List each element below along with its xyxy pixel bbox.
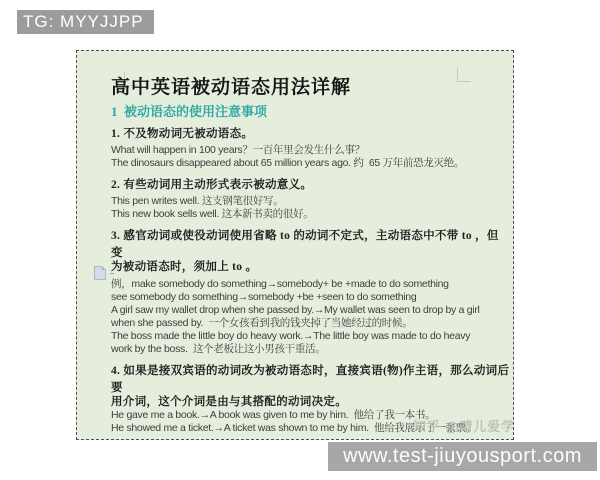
doc-line: 4. 如果是接双宾语的动词改为被动语态时，直接宾语(物)作主语，那么动词后 (111, 364, 513, 378)
doc-line: 1. 不及物动词无被动语态。 (111, 127, 513, 141)
doc-line: He showed me a ticket.→A ticket was show… (111, 422, 513, 435)
doc-line: work by the boss. 这个老板让这小男孩干重活。 (111, 343, 513, 356)
doc-line: The dinosaurs disappeared about 65 milli… (111, 157, 513, 170)
doc-line: 用介词，这个介词是由与其搭配的动词决定。 (111, 395, 513, 409)
url-watermark-bar: www.test-jiuyousport.com (328, 442, 597, 471)
document-page: 高中英语被动语态用法详解 1 被动语态的使用注意事项 1. 不及物动词无被动语态… (76, 50, 514, 440)
doc-line: The boss made the little boy do heavy wo… (111, 330, 513, 343)
doc-line: This new book sells well. 这本新书卖的很好。 (111, 208, 513, 221)
doc-line: What will happen in 100 years？一百年里会发生什么事… (111, 144, 513, 157)
document-title: 高中英语被动语态用法详解 (111, 77, 513, 98)
doc-line: 2. 有些动词用主动形式表示被动意义。 (111, 178, 513, 192)
doc-line: when she passed by. 一个女孩看到我的钱夹掉了当她经过的时候。 (111, 317, 513, 330)
attachment-anchor-icon (94, 266, 106, 280)
doc-line: He gave me a book.→A book was given to m… (111, 409, 513, 422)
doc-line: 要 (111, 381, 513, 395)
doc-line: This pen writes well. 这支钢笔很好写。 (111, 195, 513, 208)
screenshot-root: { "banner": { "text": "TG: MYYJJPP" }, "… (0, 0, 600, 480)
doc-line: A girl saw my wallet drop when she passe… (111, 304, 513, 317)
doc-line: 3. 感官动词或使役动词使用省略 to 的动词不定式，主动语态中不带 to ，但 (111, 229, 513, 243)
section-heading: 1 被动语态的使用注意事项 (111, 104, 513, 119)
tg-channel-banner: TG: MYYJJPP (17, 10, 154, 34)
document-content: 高中英语被动语态用法详解 1 被动语态的使用注意事项 1. 不及物动词无被动语态… (111, 77, 513, 439)
doc-line: see somebody do something→somebody +be +… (111, 291, 513, 304)
doc-line: 变 (111, 246, 513, 260)
doc-line: 例，make somebody do something→somebody+ b… (111, 278, 513, 291)
doc-line: 为被动语态时，须加上 to 。 (111, 260, 513, 274)
document-lines: 1. 不及物动词无被动语态。What will happen in 100 ye… (111, 127, 513, 435)
